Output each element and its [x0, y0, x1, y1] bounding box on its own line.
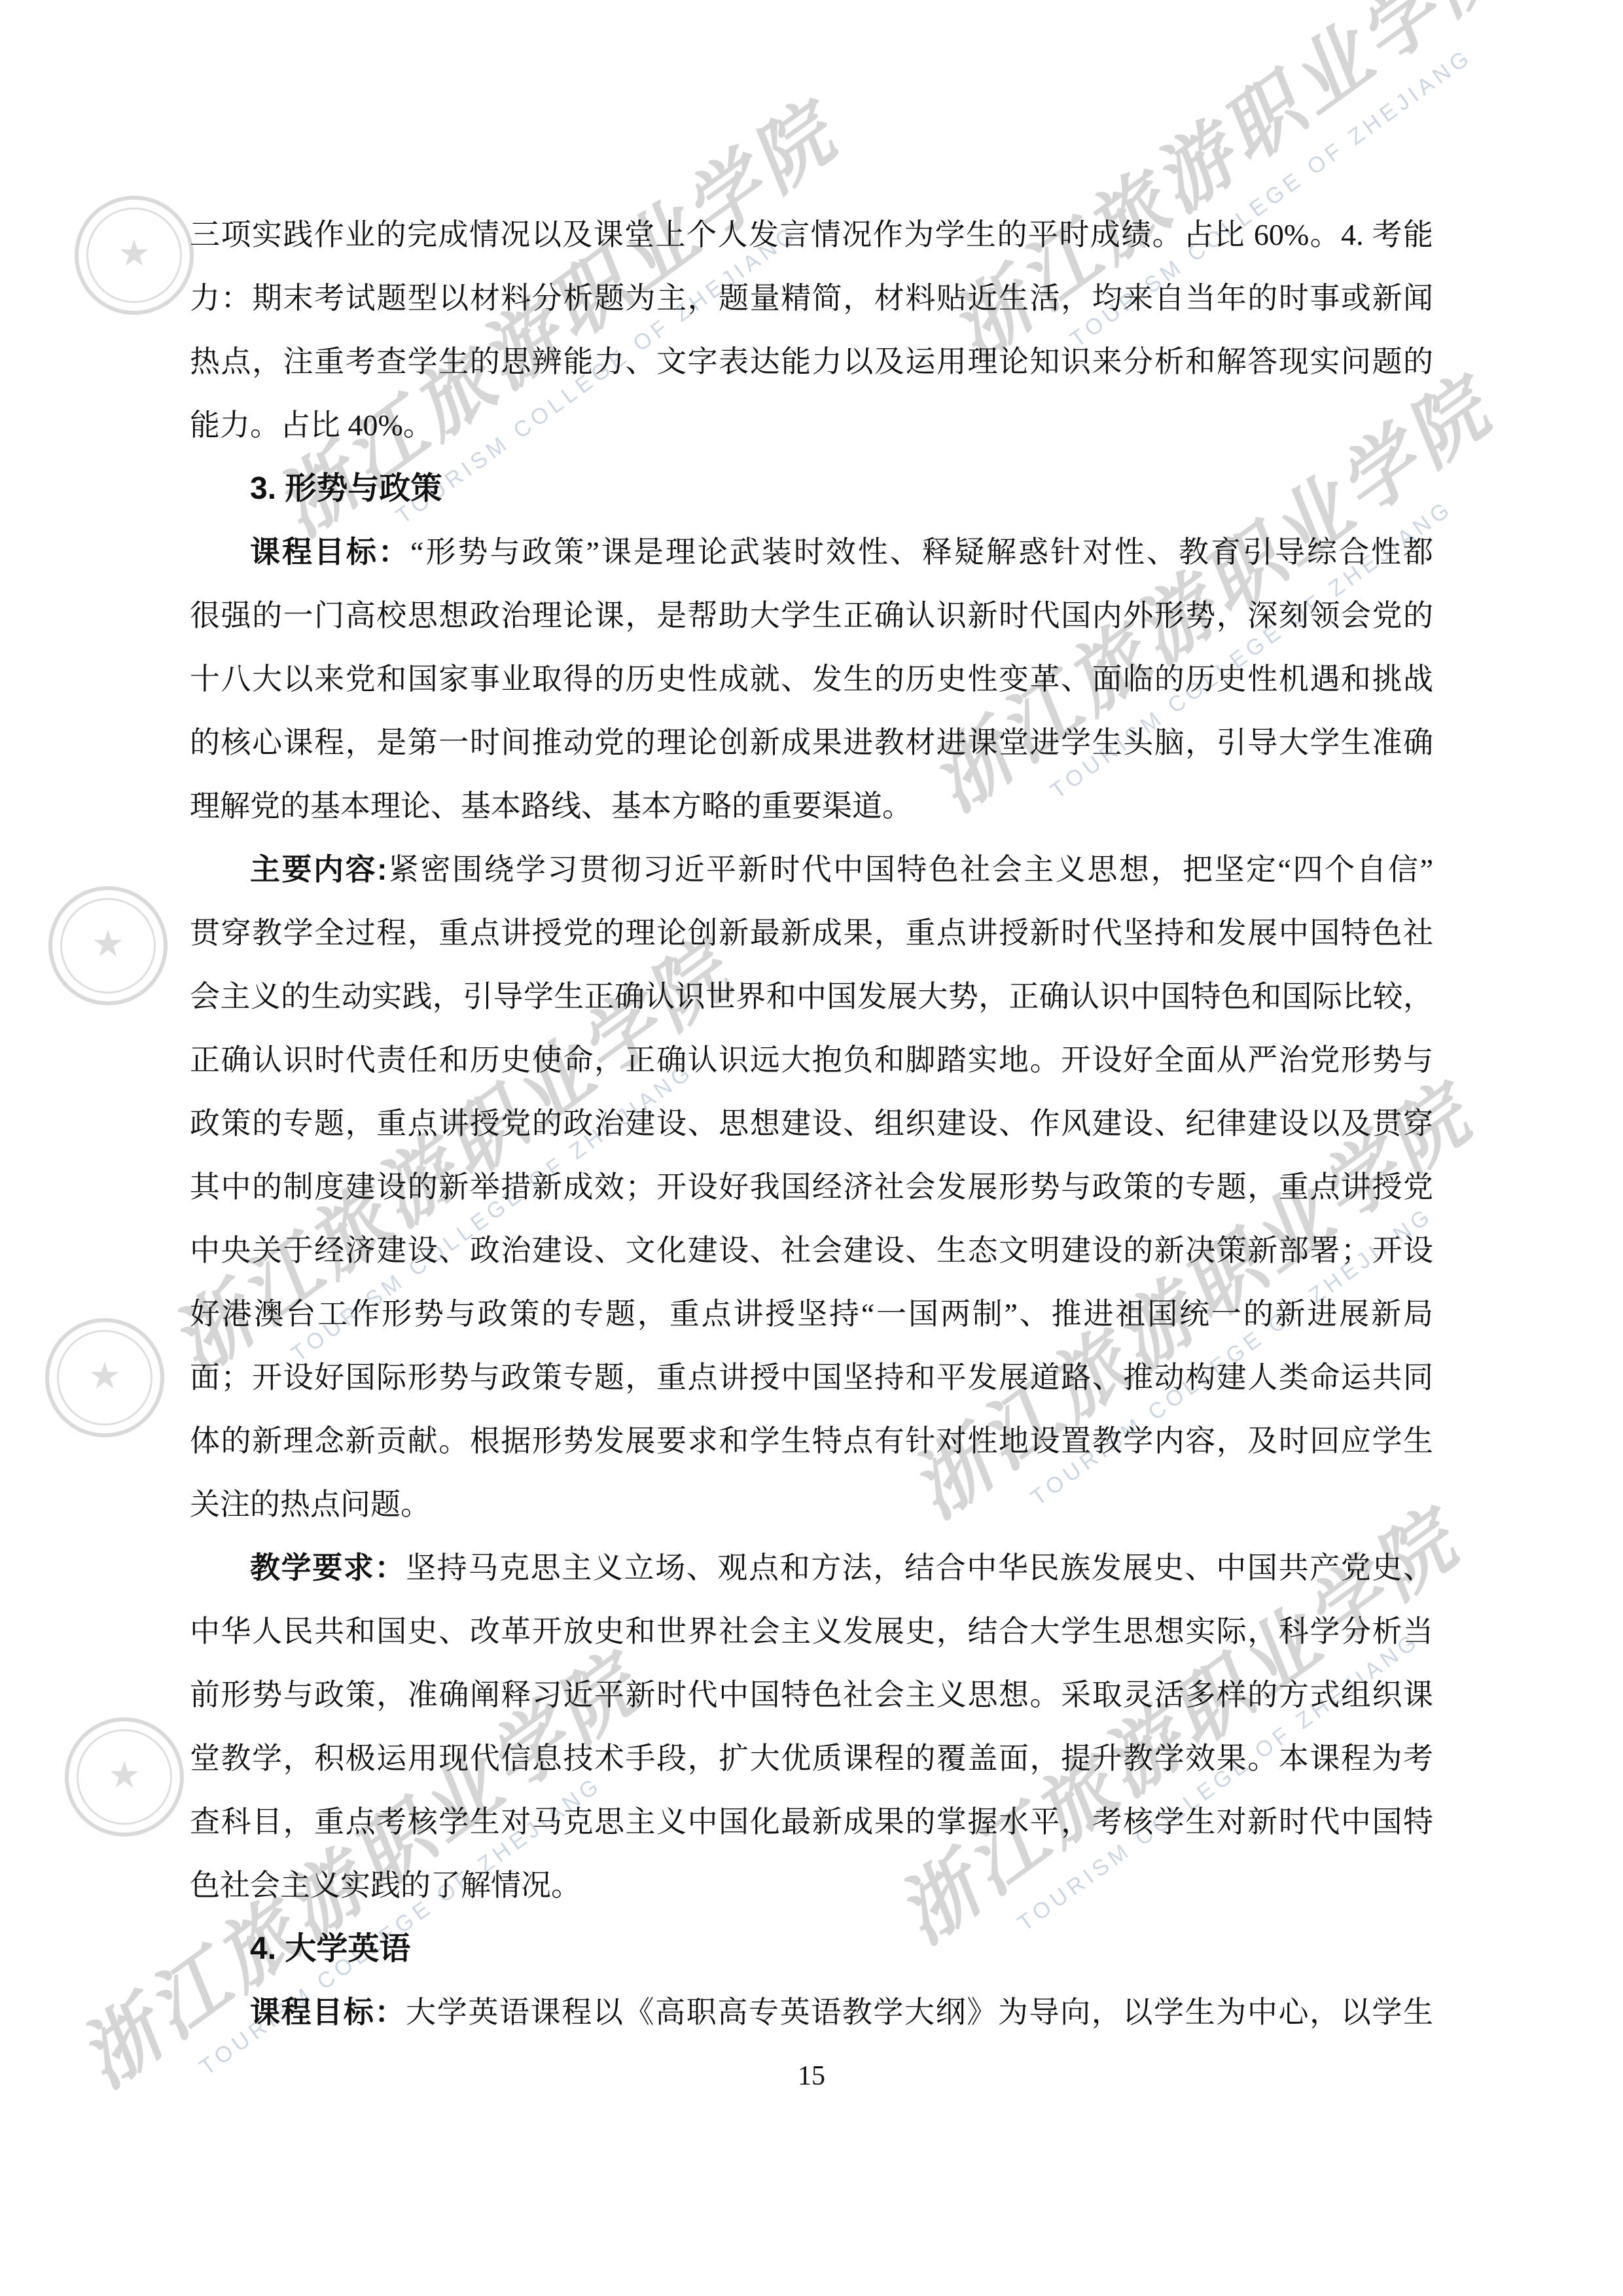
line-text: 体的新理念新贡献。根据形势发展要求和学生特点有针对性地设置教学内容，及时回应学生 — [190, 1424, 1433, 1458]
line-text: 很强的一门高校思想政治理论课，是帮助大学生正确认识新时代国内外形势，深刻领会党的 — [190, 599, 1433, 632]
section-heading: 3. 形势与政策 — [190, 457, 1433, 520]
text-line: 理解党的基本理论、基本路线、基本方略的重要渠道。 — [190, 774, 1433, 838]
line-text: 贯穿教学全过程，重点讲授党的理论创新最新成果，重点讲授新时代坚持和发展中国特色社 — [190, 916, 1433, 950]
line-text: 堂教学，积极运用现代信息技术手段，扩大优质课程的覆盖面，提升教学效果。本课程为考 — [190, 1742, 1433, 1775]
document-page: 浙江旅游职业学院 TOURISM COLLEGE OF ZHEJIANG 浙江旅… — [0, 0, 1623, 2296]
line-text: 面；开设好国际形势与政策专题，重点讲授中国坚持和平发展道路、推动构建人类命运共同 — [190, 1361, 1433, 1394]
text-line: 面；开设好国际形势与政策专题，重点讲授中国坚持和平发展道路、推动构建人类命运共同 — [190, 1346, 1433, 1409]
line-text: 力：期末考试题型以材料分析题为主，题量精简，材料贴近生活，均来自当年的时事或新闻 — [190, 281, 1433, 315]
paragraph-lead: 课程目标： — [250, 535, 410, 569]
line-text: 的核心课程，是第一时间推动党的理论创新成果进教材进课堂进学生头脑，引导大学生准确 — [190, 726, 1433, 759]
text-line: 好港澳台工作形势与政策的专题，重点讲授坚持“一国两制”、推进祖国统一的新进展新局 — [190, 1282, 1433, 1346]
line-text: 会主义的生动实践，引导学生正确认识世界和中国发展大势，正确认识中国特色和国际比较… — [190, 980, 1433, 1013]
line-text: 其中的制度建设的新举措新成效；开设好我国经济社会发展形势与政策的专题，重点讲授党 — [190, 1170, 1433, 1204]
paragraph-lead: 主要内容: — [250, 852, 387, 886]
line-text: 十八大以来党和国家事业取得的历史性成就、发生的历史性变革、面临的历史性机遇和挑战 — [190, 662, 1433, 696]
line-text: 能力。占比 40%。 — [190, 408, 433, 442]
college-seal-watermark — [48, 886, 168, 1005]
text-line: 课程目标：大学英语课程以《高职高专英语教学大纲》为导向，以学生为中心，以学生 — [190, 1981, 1433, 2044]
text-line: 查科目，重点考核学生对马克思主义中国化最新成果的掌握水平，考核学生对新时代中国特 — [190, 1790, 1433, 1854]
line-text: 三项实践作业的完成情况以及课堂上个人发言情况作为学生的平时成绩。占比 60%。4… — [190, 218, 1433, 251]
paragraph-lead: 课程目标： — [250, 1995, 406, 2029]
line-text: 查科目，重点考核学生对马克思主义中国化最新成果的掌握水平，考核学生对新时代中国特 — [190, 1805, 1433, 1839]
college-seal-watermark — [75, 196, 194, 315]
text-line: 其中的制度建设的新举措新成效；开设好我国经济社会发展形势与政策的专题，重点讲授党 — [190, 1155, 1433, 1219]
text-line: 体的新理念新贡献。根据形势发展要求和学生特点有针对性地设置教学内容，及时回应学生 — [190, 1409, 1433, 1473]
text-line: 力：期末考试题型以材料分析题为主，题量精简，材料贴近生活，均来自当年的时事或新闻 — [190, 266, 1433, 330]
text-line: 中华人民共和国史、改革开放史和世界社会主义发展史，结合大学生思想实际，科学分析当 — [190, 1600, 1433, 1663]
text-line: 十八大以来党和国家事业取得的历史性成就、发生的历史性变革、面临的历史性机遇和挑战 — [190, 647, 1433, 711]
line-text: 热点，注重考查学生的思辨能力、文字表达能力以及运用理论知识来分析和解答现实问题的 — [190, 345, 1433, 378]
line-text: “形势与政策”课是理论武装时效性、释疑解惑针对性、教育引导综合性都 — [410, 535, 1433, 569]
text-line: 会主义的生动实践，引导学生正确认识世界和中国发展大势，正确认识中国特色和国际比较… — [190, 965, 1433, 1028]
page-number: 15 — [0, 2060, 1623, 2092]
line-text: 理解党的基本理论、基本路线、基本方略的重要渠道。 — [190, 789, 912, 823]
line-text: 政策的专题，重点讲授党的政治建设、思想建设、组织建设、作风建设、纪律建设以及贯穿 — [190, 1107, 1433, 1140]
line-text: 大学英语课程以《高职高专英语教学大纲》为导向，以学生为中心，以学生 — [406, 1996, 1433, 2029]
text-line: 政策的专题，重点讲授党的政治建设、思想建设、组织建设、作风建设、纪律建设以及贯穿 — [190, 1092, 1433, 1155]
text-line: 正确认识时代责任和历史使命，正确认识远大抱负和脚踏实地。开设好全面从严治党形势与 — [190, 1028, 1433, 1092]
college-seal-watermark — [65, 1717, 184, 1837]
text-line: 前形势与政策，准确阐释习近平新时代中国特色社会主义思想。采取灵活多样的方式组织课 — [190, 1663, 1433, 1727]
text-line: 主要内容:紧密围绕学习贯彻习近平新时代中国特色社会主义思想，把坚定“四个自信” — [190, 838, 1433, 901]
text-line: 能力。占比 40%。 — [190, 393, 1433, 457]
line-text: 紧密围绕学习贯彻习近平新时代中国特色社会主义思想，把坚定“四个自信” — [387, 853, 1433, 886]
text-line: 的核心课程，是第一时间推动党的理论创新成果进教材进课堂进学生头脑，引导大学生准确 — [190, 711, 1433, 774]
line-text: 中华人民共和国史、改革开放史和世界社会主义发展史，结合大学生思想实际，科学分析当 — [190, 1615, 1433, 1648]
line-text: 中央关于经济建设、政治建设、文化建设、社会建设、生态文明建设的新决策新部署；开设 — [190, 1234, 1433, 1267]
document-body: 三项实践作业的完成情况以及课堂上个人发言情况作为学生的平时成绩。占比 60%。4… — [190, 203, 1433, 2044]
line-text: 关注的热点问题。 — [190, 1488, 431, 1521]
paragraph-lead: 教学要求： — [250, 1551, 406, 1585]
line-text: 好港澳台工作形势与政策的专题，重点讲授坚持“一国两制”、推进祖国统一的新进展新局 — [190, 1297, 1433, 1331]
text-line: 贯穿教学全过程，重点讲授党的理论创新最新成果，重点讲授新时代坚持和发展中国特色社 — [190, 901, 1433, 965]
text-line: 色社会主义实践的了解情况。 — [190, 1854, 1433, 1917]
line-text: 色社会主义实践的了解情况。 — [190, 1869, 581, 1902]
line-text: 正确认识时代责任和历史使命，正确认识远大抱负和脚踏实地。开设好全面从严治党形势与 — [190, 1043, 1433, 1077]
text-line: 课程目标：“形势与政策”课是理论武装时效性、释疑解惑针对性、教育引导综合性都 — [190, 520, 1433, 584]
section-heading: 4. 大学英语 — [190, 1917, 1433, 1981]
college-seal-watermark — [45, 1318, 164, 1437]
text-line: 关注的热点问题。 — [190, 1473, 1433, 1536]
text-line: 热点，注重考查学生的思辨能力、文字表达能力以及运用理论知识来分析和解答现实问题的 — [190, 330, 1433, 393]
line-text: 前形势与政策，准确阐释习近平新时代中国特色社会主义思想。采取灵活多样的方式组织课 — [190, 1678, 1433, 1712]
text-line: 堂教学，积极运用现代信息技术手段，扩大优质课程的覆盖面，提升教学效果。本课程为考 — [190, 1727, 1433, 1790]
text-line: 三项实践作业的完成情况以及课堂上个人发言情况作为学生的平时成绩。占比 60%。4… — [190, 203, 1433, 266]
text-line: 很强的一门高校思想政治理论课，是帮助大学生正确认识新时代国内外形势，深刻领会党的 — [190, 584, 1433, 647]
line-text: 坚持马克思主义立场、观点和方法，结合中华民族发展史、中国共产党史、 — [406, 1551, 1433, 1585]
text-line: 中央关于经济建设、政治建设、文化建设、社会建设、生态文明建设的新决策新部署；开设 — [190, 1219, 1433, 1282]
text-line: 教学要求：坚持马克思主义立场、观点和方法，结合中华民族发展史、中国共产党史、 — [190, 1536, 1433, 1600]
